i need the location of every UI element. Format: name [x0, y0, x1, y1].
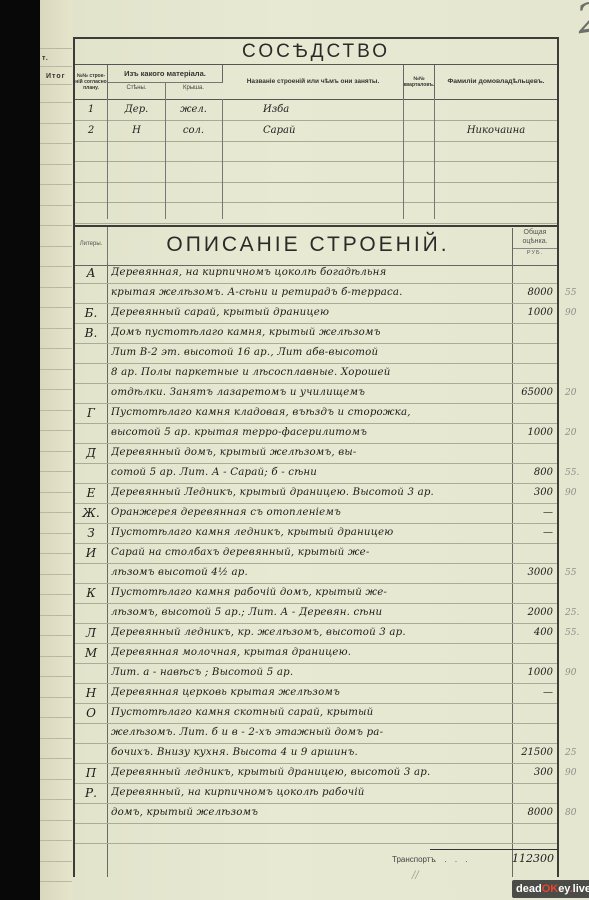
- description-line: лѣзомъ высотой 4½ ар.300055: [75, 563, 557, 584]
- ruled-line: [40, 84, 72, 85]
- sosedstvo-cell-quarter: [404, 99, 434, 120]
- building-description: желѣзомъ. Лит. б и в - 2-хъ этажный домъ…: [111, 723, 509, 743]
- pencil-margin-note: 55.: [565, 463, 589, 483]
- description-line: ОПустотѣлаго камня скотный сарай, крытый: [75, 703, 557, 724]
- sosedstvo-cell-num: 2: [75, 120, 107, 141]
- sosedstvo-cell-roof: [165, 181, 222, 202]
- ruled-line: [40, 635, 72, 636]
- estimate-amount: —: [513, 683, 553, 703]
- description-line: Лит В-2 эт. высотой 16 ар., Лит абв-высо…: [75, 343, 557, 364]
- prev-page-label: Итог: [46, 73, 66, 80]
- building-description: Лит В-2 эт. высотой 16 ар., Лит абв-высо…: [111, 343, 509, 363]
- ruled-line: [40, 348, 72, 349]
- prev-page-label: т.: [42, 55, 49, 62]
- pencil-margin-note: 25: [565, 743, 589, 763]
- description-line: бочихъ. Внизу кухня. Высота 4 и 9 аршинъ…: [75, 743, 557, 764]
- building-letter: Б.: [77, 303, 105, 323]
- watermark: deadOKey.livejournal.com: [512, 880, 589, 898]
- transport-total: 112300: [512, 852, 552, 865]
- sosedstvo-cell-num: [75, 181, 107, 202]
- building-letter: И: [77, 543, 105, 563]
- ruled-line: [40, 676, 72, 677]
- header-num: №№ строе­ній соглас­но плану.: [75, 65, 108, 99]
- description-line: ИСарай на столбахъ деревянный, крытый же…: [75, 543, 557, 564]
- building-letter: О: [77, 703, 105, 723]
- column-divider: [434, 99, 435, 219]
- ruled-line: [40, 225, 72, 226]
- sosedstvo-cell-quarter: [404, 140, 434, 161]
- description-line: домъ, крытый желѣзомъ800080: [75, 803, 557, 824]
- pencil-margin-note: 55: [565, 283, 589, 303]
- description-line: КПустотѣлаго камня рабочій домъ, крытый …: [75, 583, 557, 604]
- description-line: ЛДеревянный ледникъ, кр. желѣзомъ, высот…: [75, 623, 557, 644]
- ruled-line: [40, 861, 72, 862]
- estimate-amount: —: [513, 523, 553, 543]
- ruled-line: [40, 615, 72, 616]
- description-line: МДеревянная молочная, крытая драницею.: [75, 643, 557, 664]
- sosedstvo-cell-walls: [108, 161, 165, 182]
- header-quarter: №№ кварталовъ.: [404, 65, 435, 99]
- ruled-line: [40, 328, 72, 329]
- sosedstvo-row: [75, 181, 557, 203]
- ruled-line: [40, 553, 72, 554]
- description-line: ДДеревянный домъ, крытый желѣзомъ, вы-: [75, 443, 557, 464]
- sosedstvo-row: [75, 161, 557, 183]
- column-divider: [165, 99, 166, 219]
- opisanie-header: Литеры. ОПИСАНІЕ СТРОЕНІЙ. Общая оцѣнка.…: [75, 225, 557, 266]
- watermark-text: ey: [558, 883, 569, 895]
- opisanie-title: ОПИСАНІЕ СТРОЕНІЙ.: [108, 233, 508, 257]
- building-description: 8 ар. Полы паркетные и лѣсосплавные. Хор…: [111, 363, 509, 383]
- estimate-amount: 1000: [513, 423, 553, 443]
- building-description: Деревянный, на кирпичномъ цоколѣ рабочій: [111, 783, 509, 803]
- building-letter: В.: [77, 323, 105, 343]
- pencil-margin-note: 90: [565, 663, 589, 683]
- ruled-line: [40, 533, 72, 534]
- sosedstvo-cell-owner: [435, 99, 557, 120]
- sosedstvo-cell-quarter: [404, 181, 434, 202]
- building-description: Деревянная церковь крытая желѣзомъ: [111, 683, 509, 703]
- building-description: Сарай на столбахъ деревянный, крытый же-: [111, 543, 509, 563]
- book-binding: [0, 0, 42, 900]
- building-description: сотой 5 ар. Лит. А - Сарай; б - сѣни: [111, 463, 509, 483]
- sosedstvo-cell-num: [75, 140, 107, 161]
- building-letter: К: [77, 583, 105, 603]
- pencil-margin-note: 90: [565, 763, 589, 783]
- building-description: Деревянный Ледникъ, крытый драницею. Выс…: [111, 483, 509, 503]
- description-line: 8 ар. Полы паркетные и лѣсосплавные. Хор…: [75, 363, 557, 384]
- ruled-line: [40, 471, 72, 472]
- ruled-line: [40, 266, 72, 267]
- building-description: Деревянная молочная, крытая драницею.: [111, 643, 509, 663]
- building-description: крытая желѣзомъ. А-сѣни и ретирадъ б-тер…: [111, 283, 509, 303]
- description-line: Ж.Оранжерея деревянная съ отопленіемъ—: [75, 503, 557, 524]
- description-line: желѣзомъ. Лит. б и в - 2-хъ этажный домъ…: [75, 723, 557, 744]
- sosedstvo-cell-walls: Дер.: [108, 99, 165, 120]
- ruled-line: [40, 451, 72, 452]
- header-roof: Крыша.: [165, 85, 222, 91]
- estimate-amount: 1000: [513, 663, 553, 683]
- sosedstvo-cell-quarter: [404, 120, 434, 141]
- building-description: Пустотѣлаго камня скотный сарай, крытый: [111, 703, 509, 723]
- description-line: отдѣлки. Занятъ лазаретомъ и училищемъ65…: [75, 383, 557, 404]
- building-description: Лит. а - навѣсъ ; Высотой 5 ар.: [111, 663, 509, 683]
- ruled-line: [40, 389, 72, 390]
- description-line: Лит. а - навѣсъ ; Высотой 5 ар.100090: [75, 663, 557, 684]
- currency-label: РУБ.: [513, 248, 557, 258]
- estimate-amount: 800: [513, 463, 553, 483]
- header-estimate: Общая оцѣнка. РУБ.: [512, 228, 557, 264]
- ruled-line: [40, 369, 72, 370]
- pencil-margin-note: 80: [565, 803, 589, 823]
- ruled-line: [40, 738, 72, 739]
- pencil-margin-note: 90: [565, 483, 589, 503]
- sosedstvo-cell-walls: [108, 140, 165, 161]
- sosedstvo-row: 2Нсол.СарайНикочаина: [75, 120, 557, 142]
- description-line: лѣзомъ, высотой 5 ар.; Лит. А - Деревян.…: [75, 603, 557, 624]
- description-line: крытая желѣзомъ. А-сѣни и ретирадъ б-тер…: [75, 283, 557, 304]
- estimate-label: Общая оцѣнка.: [522, 229, 547, 245]
- building-description: Пустотѣлаго камня ледникъ, крытый драниц…: [111, 523, 509, 543]
- ruled-line: [40, 492, 72, 493]
- estimate-amount: 300: [513, 483, 553, 503]
- header-building-name: Названіе строеній или чѣмъ они заняты.: [223, 65, 404, 99]
- sosedstvo-header: №№ строе­ній соглас­но плану. Изъ какого…: [75, 64, 557, 100]
- ruled-line: [40, 410, 72, 411]
- ruled-line: [40, 758, 72, 759]
- column-divider: [107, 99, 108, 219]
- building-letter: Л: [77, 623, 105, 643]
- ruled-line: [40, 779, 72, 780]
- ruled-line: [40, 287, 72, 288]
- ruled-line: [40, 143, 72, 144]
- description-line: ЕДеревянный Ледникъ, крытый драницею. Вы…: [75, 483, 557, 504]
- description-line: высотой 5 ар. крытая терро-фасерилитомъ1…: [75, 423, 557, 444]
- building-description: отдѣлки. Занятъ лазаретомъ и училищемъ: [111, 383, 509, 403]
- sosedstvo-cell-quarter: [404, 161, 434, 182]
- description-line: сотой 5 ар. Лит. А - Сарай; б - сѣни8005…: [75, 463, 557, 484]
- building-description: Пустотѣлаго камня рабочій домъ, крытый ж…: [111, 583, 509, 603]
- building-description: Деревянный домъ, крытый желѣзомъ, вы-: [111, 443, 509, 463]
- description-line: АДеревянная, на кирпичномъ цоколѣ богадѣ…: [75, 263, 557, 284]
- header-material: Изъ какого матеріала.: [108, 65, 223, 83]
- sosedstvo-cell-walls: Н: [108, 120, 165, 141]
- building-letter: Г: [77, 403, 105, 423]
- building-letter: П: [77, 763, 105, 783]
- pencil-margin-note: 90: [565, 303, 589, 323]
- ruled-line: [40, 66, 72, 67]
- sosedstvo-cell-walls: [108, 181, 165, 202]
- estimate-amount: 3000: [513, 563, 553, 583]
- sosedstvo-row: [75, 140, 557, 162]
- watermark-text: OK: [542, 883, 559, 895]
- column-divider: [222, 99, 223, 219]
- estimate-amount: 8000: [513, 803, 553, 823]
- opisanie-table: Литеры. ОПИСАНІЕ СТРОЕНІЙ. Общая оцѣнка.…: [73, 217, 559, 877]
- building-letter: Е: [77, 483, 105, 503]
- building-description: Деревянная, на кирпичномъ цоколѣ богадѣл…: [111, 263, 509, 283]
- building-letter: Р.: [77, 783, 105, 803]
- sosedstvo-row: 1Дер.жел.Изба: [75, 99, 557, 121]
- building-letter: Д: [77, 443, 105, 463]
- ruled-line: [40, 512, 72, 513]
- transport-label: Транспортъ: [392, 855, 435, 864]
- estimate-amount: 8000: [513, 283, 553, 303]
- sosedstvo-cell-roof: [165, 161, 222, 182]
- watermark-text: dead: [516, 883, 542, 895]
- description-line: ГПустотѣлаго камня кладовая, въѣздъ и ст…: [75, 403, 557, 424]
- estimate-amount: 400: [513, 623, 553, 643]
- building-letter: М: [77, 643, 105, 663]
- building-description: лѣзомъ, высотой 5 ар.; Лит. А - Деревян.…: [111, 603, 509, 623]
- building-description: Деревянный сарай, крытый драницею: [111, 303, 509, 323]
- ruled-line: [40, 656, 72, 657]
- ruled-line: [40, 717, 72, 718]
- ruled-line: [40, 881, 72, 882]
- column-divider: [403, 99, 404, 219]
- estimate-amount: —: [513, 503, 553, 523]
- building-letter: Ж.: [77, 503, 105, 523]
- building-description: высотой 5 ар. крытая терро-фасерилитомъ: [111, 423, 509, 443]
- ruled-line: [40, 820, 72, 821]
- estimate-amount: 300: [513, 763, 553, 783]
- description-line: В.Домъ пустотѣлаго камня, крытый желѣзом…: [75, 323, 557, 344]
- ruled-line: [40, 246, 72, 247]
- header-liter: Литеры.: [75, 241, 107, 247]
- header-walls: Стѣны.: [108, 85, 165, 91]
- pencil-margin-note: 55.: [565, 623, 589, 643]
- ruled-line: [40, 164, 72, 165]
- ruled-line: [40, 184, 72, 185]
- estimate-amount: 1000: [513, 303, 553, 323]
- ruled-line: [40, 799, 72, 800]
- building-description: лѣзомъ высотой 4½ ар.: [111, 563, 509, 583]
- building-letter: А: [77, 263, 105, 283]
- ruled-line: [40, 48, 72, 49]
- estimate-amount: 2000: [513, 603, 553, 623]
- description-line: НДеревянная церковь крытая желѣзомъ—: [75, 683, 557, 704]
- ruled-line: [40, 102, 72, 103]
- sosedstvo-table: СОСѢДСТВО №№ строе­ній соглас­но плану. …: [73, 37, 559, 219]
- previous-page-edge: т. Итог: [40, 0, 74, 900]
- sosedstvo-cell-roof: сол.: [165, 120, 222, 141]
- description-line: [75, 823, 557, 844]
- description-line: Б.Деревянный сарай, крытый драницею10009…: [75, 303, 557, 324]
- estimate-amount: 21500: [513, 743, 553, 763]
- total-rule: [430, 849, 558, 850]
- ruled-line: [40, 307, 72, 308]
- pencil-margin-note: 20: [565, 423, 589, 443]
- building-letter: З: [77, 523, 105, 543]
- ruled-line: [40, 430, 72, 431]
- description-line: ЗПустотѣлаго камня ледникъ, крытый драни…: [75, 523, 557, 544]
- ruled-line: [40, 574, 72, 575]
- sosedstvo-cell-owner: [435, 181, 557, 202]
- sosedstvo-cell-owner: [435, 140, 557, 161]
- estimate-amount: 65000: [513, 383, 553, 403]
- sosedstvo-cell-num: [75, 161, 107, 182]
- sosedstvo-cell-roof: жел.: [165, 99, 222, 120]
- sosedstvo-cell-roof: [165, 140, 222, 161]
- header-owners: Фамиліи домовладѣльцевъ.: [435, 65, 557, 99]
- description-line: Р.Деревянный, на кирпичномъ цоколѣ рабоч…: [75, 783, 557, 804]
- ledger-page: 20 СОСѢДСТВО №№ строе­ній соглас­но план…: [72, 0, 589, 900]
- sosedstvo-cell-owner: [435, 161, 557, 182]
- building-description: Оранжерея деревянная съ отопленіемъ: [111, 503, 509, 523]
- building-description: Пустотѣлаго камня кладовая, въѣздъ и сто…: [111, 403, 509, 423]
- pencil-margin-note: 20: [565, 383, 589, 403]
- pencil-mark: //: [412, 870, 419, 881]
- ruled-line: [40, 594, 72, 595]
- sosedstvo-title: СОСѢДСТВО: [75, 41, 557, 63]
- sosedstvo-cell-owner: Никочаина: [435, 120, 557, 141]
- building-letter: Н: [77, 683, 105, 703]
- building-description: Домъ пустотѣлаго камня, крытый желѣзомъ: [111, 323, 509, 343]
- divider: [165, 83, 166, 99]
- ruled-line: [40, 123, 72, 124]
- building-description: домъ, крытый желѣзомъ: [111, 803, 509, 823]
- description-line: ПДеревянный ледникъ, крытый драницею, вы…: [75, 763, 557, 784]
- building-description: Деревянный ледникъ, кр. желѣзомъ, высото…: [111, 623, 509, 643]
- ruled-line: [40, 697, 72, 698]
- pencil-margin-note: 25.: [565, 603, 589, 623]
- handwritten-page-number: 20: [574, 0, 589, 43]
- transport-dots: . . . .: [434, 855, 471, 864]
- sosedstvo-cell-num: 1: [75, 99, 107, 120]
- watermark-text: livejournal: [573, 883, 589, 895]
- ruled-line: [40, 840, 72, 841]
- building-description: Деревянный ледникъ, крытый драницею, выс…: [111, 763, 509, 783]
- building-description: бочихъ. Внизу кухня. Высота 4 и 9 аршинъ…: [111, 743, 509, 763]
- ruled-line: [40, 205, 72, 206]
- pencil-margin-note: 55: [565, 563, 589, 583]
